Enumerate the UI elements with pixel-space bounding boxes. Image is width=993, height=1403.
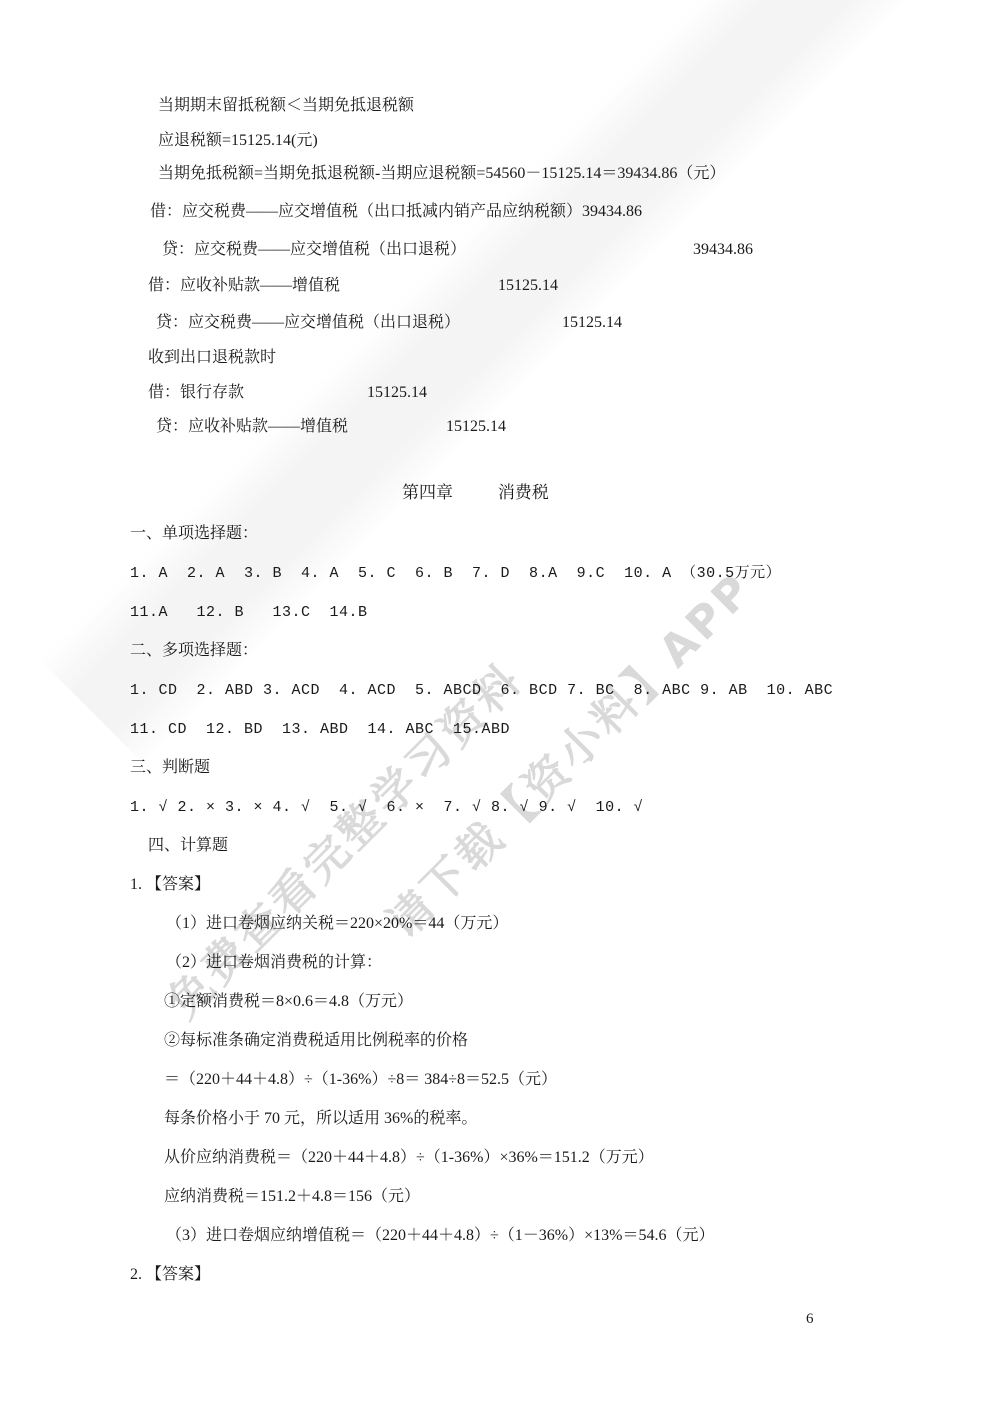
document-page: 免费查看完整学习资料 请下载【资小料】APP 当期期末留抵税额＜当期免抵退税额 … <box>0 0 993 1403</box>
calc-line: ②每标准条确定消费税适用比例税率的价格 <box>164 1031 468 1051</box>
page-number: 6 <box>806 1311 814 1328</box>
answer-label: 1. 【答案】 <box>130 875 210 895</box>
chapter-title: 消费税 <box>498 482 549 504</box>
journal-entry: 借：应交税费——应交增值税（出口抵减内销产品应纳税额）39434.86 <box>150 202 642 222</box>
entry-amount: 15125.14 <box>562 313 622 333</box>
journal-entry: 收到出口退税款时 <box>148 348 276 368</box>
calc-line: ①定额消费税＝8×0.6＝4.8（万元） <box>164 992 413 1012</box>
journal-entry: 贷：应交税费——应交增值税（出口退税） <box>152 313 460 333</box>
calc-line: 从价应纳消费税＝（220＋44＋4.8）÷（1-36%）×36%＝151.2（万… <box>164 1148 654 1168</box>
answer-label: 2. 【答案】 <box>130 1265 210 1285</box>
watermark-line-2: 请下载【资小料】APP <box>370 555 765 950</box>
entry-amount: 15125.14 <box>367 383 427 403</box>
section-heading: 二、多项选择题： <box>130 641 258 661</box>
calc-line: （2）进口卷烟消费税的计算： <box>166 953 382 973</box>
section-heading: 三、判断题 <box>130 758 210 778</box>
text-line: 应退税额=15125.14(元) <box>158 131 318 151</box>
calc-line: （1）进口卷烟应纳关税＝220×20%＝44（万元） <box>166 914 508 934</box>
calc-line: （3）进口卷烟应纳增值税＝（220＋44＋4.8）÷（1－36%）×13%＝54… <box>166 1226 714 1246</box>
answer-line: 1. √ 2. × 3. × 4. √ 5. √ 6. × 7. √ 8. √ … <box>130 798 643 818</box>
calc-line: ＝（220＋44＋4.8）÷（1-36%）÷8＝ 384÷8＝52.5（元） <box>164 1070 557 1090</box>
journal-entry: 借：应收补贴款——增值税 <box>148 276 340 296</box>
journal-entry: 借：银行存款 <box>148 383 244 403</box>
calc-line: 每条价格小于 70 元，所以适用 36%的税率。 <box>164 1109 477 1129</box>
journal-entry: 贷：应交税费——应交增值税（出口退税） <box>158 240 466 260</box>
entry-amount: 39434.86 <box>693 240 753 260</box>
section-heading: 四、计算题 <box>148 836 228 856</box>
answer-line: 1. A 2. A 3. B 4. A 5. C 6. B 7. D 8.A 9… <box>130 564 781 584</box>
answer-line: 1. CD 2. ABD 3. ACD 4. ACD 5. ABCD 6. BC… <box>130 681 833 701</box>
entry-amount: 15125.14 <box>446 417 506 437</box>
section-heading: 一、单项选择题： <box>130 524 258 544</box>
entry-amount: 15125.14 <box>498 276 558 296</box>
text-line: 当期期末留抵税额＜当期免抵退税额 <box>158 96 414 116</box>
chapter-number: 第四章 <box>402 482 453 504</box>
calc-line: 应纳消费税＝151.2＋4.8＝156（元） <box>164 1187 420 1207</box>
chapter-heading: 第四章 消费税 <box>402 482 549 504</box>
journal-entry: 贷：应收补贴款——增值税 <box>152 417 348 437</box>
answer-line: 11.A 12. B 13.C 14.B <box>130 603 368 623</box>
answer-line: 11. CD 12. BD 13. ABD 14. ABC 15.ABD <box>130 720 510 740</box>
text-line: 当期免抵税额=当期免抵退税额-当期应退税额=54560－15125.14＝394… <box>158 164 725 184</box>
